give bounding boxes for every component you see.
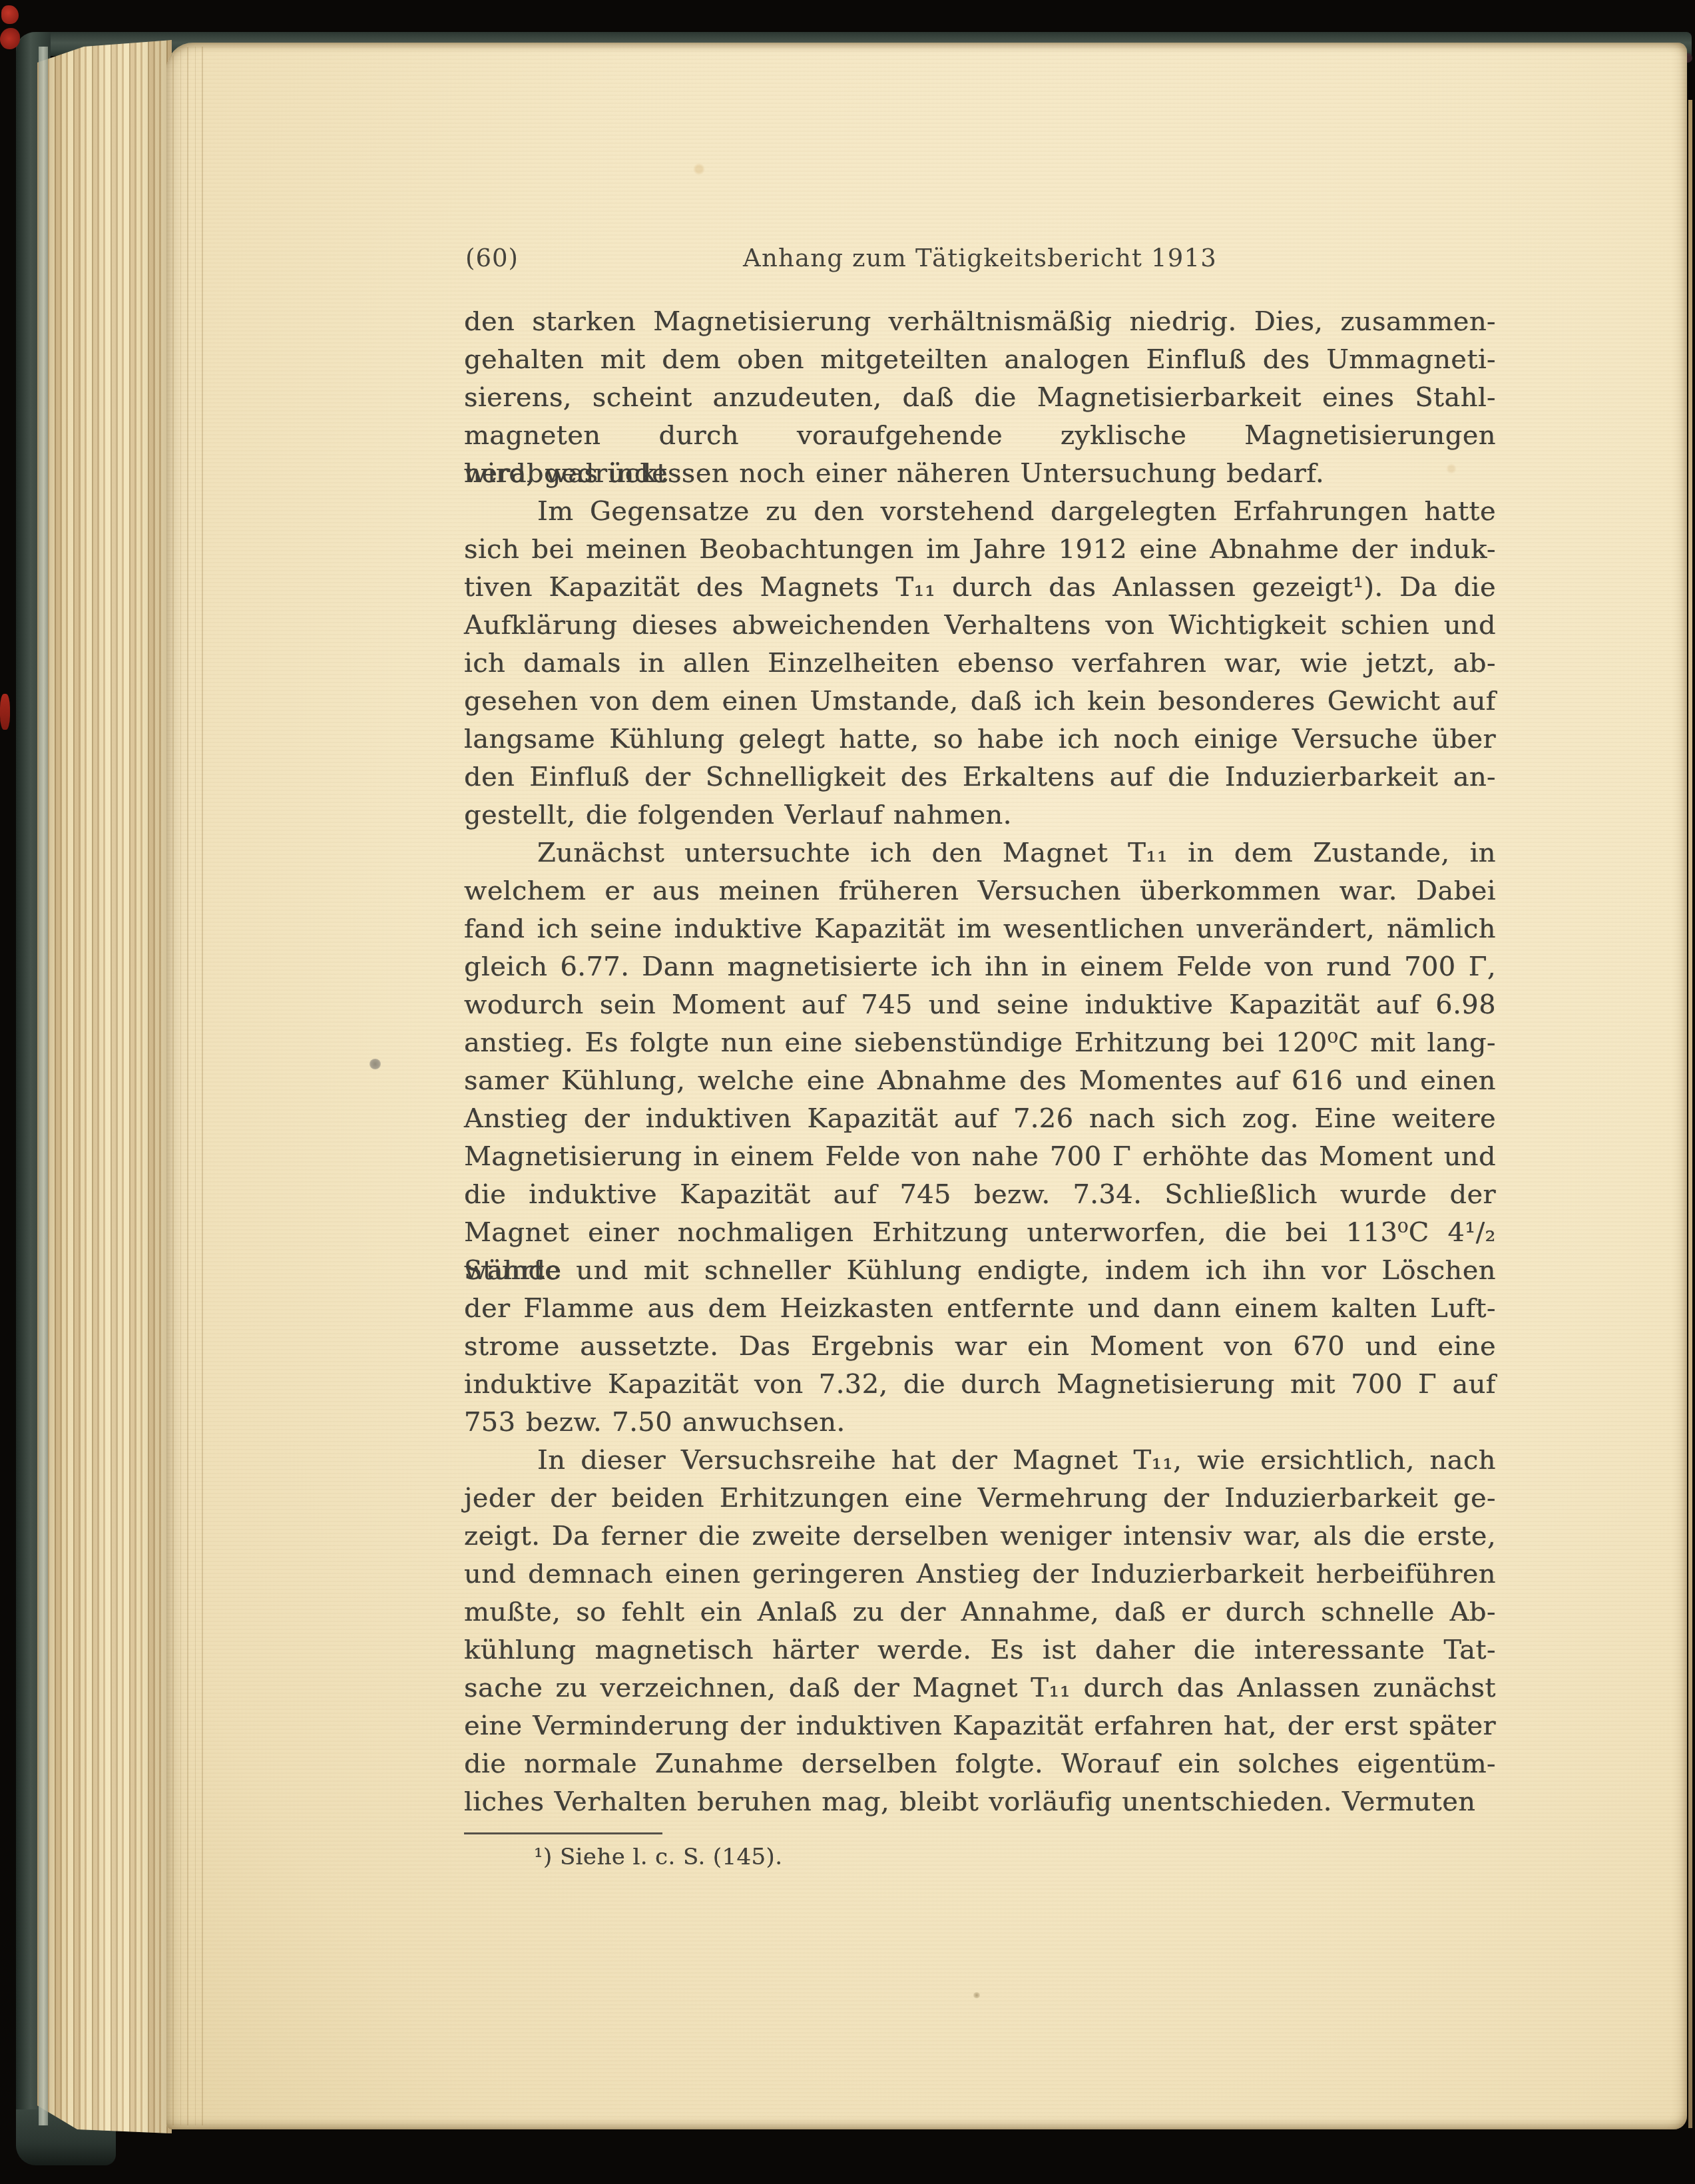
text-line: gleich 6.77. Dann magnetisierte ich ihn … [464,948,1496,986]
running-head: (60) Anhang zum Tätigkeitsbericht 1913 [464,244,1496,273]
text-line: gestellt, die folgenden Verlauf nahmen. [464,796,1496,834]
text-block: den starken Magnetisierung verhältnismäß… [464,303,1496,1821]
text-line: gehalten mit dem oben mitgeteilten analo… [464,341,1496,379]
paragraph: Zunächst untersuchte ich den Magnet T₁₁ … [464,834,1496,1442]
footnote-separator-rule [464,1832,662,1834]
text-line: langsame Kühlung gelegt hatte, so habe i… [464,720,1496,758]
text-line: gesehen von dem einen Umstande, daß ich … [464,682,1496,720]
text-line: fand ich seine induktive Kapazität im we… [464,910,1496,948]
flyleaf-edge [39,47,48,2125]
text-line: der Flamme aus dem Heizkasten entfernte … [464,1290,1496,1328]
text-line: tiven Kapazität des Magnets T₁₁ durch da… [464,569,1496,607]
right-fore-edge [1688,100,1692,2128]
text-line: und demnach einen geringeren Anstieg der… [464,1555,1496,1593]
spine-red-fleck [1,5,19,24]
text-line: Anstieg der induktiven Kapazität auf 7.2… [464,1100,1496,1138]
text-line: 753 bezw. 7.50 anwuchsen. [464,1404,1496,1442]
text-line: magneten durch voraufgehende zyklische M… [464,417,1496,455]
text-line: sierens, scheint anzudeuten, daß die Mag… [464,379,1496,417]
text-line: anstieg. Es folgte nun eine siebenstündi… [464,1024,1496,1062]
text-line: strome aussetzte. Das Ergebnis war ein M… [464,1328,1496,1366]
text-line: eine Verminderung der induktiven Kapazit… [464,1707,1496,1745]
text-line: sache zu verzeichnen, daß der Magnet T₁₁… [464,1669,1496,1707]
paragraph: In dieser Versuchsreihe hat der Magnet T… [464,1442,1496,1821]
text-line: Im Gegensatze zu den vorstehend dargeleg… [464,493,1496,531]
text-line: liches Verhalten beruhen mag, bleibt vor… [464,1783,1496,1821]
running-title: Anhang zum Tätigkeitsbericht 1913 [464,244,1496,273]
text-line: den starken Magnetisierung verhältnismäß… [464,303,1496,341]
text-line: die induktive Kapazität auf 745 bezw. 7.… [464,1176,1496,1214]
text-line: induktive Kapazität von 7.32, die durch … [464,1366,1496,1404]
text-line: In dieser Versuchsreihe hat der Magnet T… [464,1442,1496,1480]
text-line: zeigt. Da ferner die zweite derselben we… [464,1517,1496,1555]
foxing-spot [973,1992,980,1998]
text-line: ich damals in allen Einzelheiten ebenso … [464,645,1496,682]
text-line: jeder der beiden Erhitzungen eine Vermeh… [464,1480,1496,1517]
text-line: die normale Zunahme derselben folgte. Wo… [464,1745,1496,1783]
spine-red-fleck [0,28,20,49]
scanned-book-photo: { "page_header": { "page_number": "(60)"… [0,0,1695,2184]
text-line: mußte, so fehlt ein Anlaß zu der Annahme… [464,1593,1496,1631]
footnote-text: ¹) Siehe l. c. S. (145). [534,1842,783,1872]
paragraph: den starken Magnetisierung verhältnismäß… [464,303,1496,493]
text-line: wodurch sein Moment auf 745 und seine in… [464,986,1496,1024]
text-line: währte und mit schneller Kühlung endigte… [464,1252,1496,1290]
text-line: samer Kühlung, welche eine Abnahme des M… [464,1062,1496,1100]
text-line: Magnet einer nochmaligen Erhitzung unter… [464,1214,1496,1252]
text-line: den Einfluß der Schnelligkeit des Erkalt… [464,758,1496,796]
text-line: sich bei meinen Beobachtungen im Jahre 1… [464,531,1496,569]
text-line: Aufklärung dieses abweichenden Verhalten… [464,607,1496,645]
text-line: Zunächst untersuchte ich den Magnet T₁₁ … [464,834,1496,872]
text-line: kühlung magnetisch härter werde. Es ist … [464,1631,1496,1669]
spine-red-fleck [0,694,10,730]
text-line: wird, was indessen noch einer näheren Un… [464,455,1496,493]
text-line: welchem er aus meinen früheren Versuchen… [464,872,1496,910]
text-line: Magnetisierung in einem Felde von nahe 7… [464,1138,1496,1176]
page-edges-stack [37,39,172,2137]
page-number: (60) [465,244,519,273]
ink-speck [369,1059,381,1069]
paragraph: Im Gegensatze zu den vorstehend dargeleg… [464,493,1496,834]
